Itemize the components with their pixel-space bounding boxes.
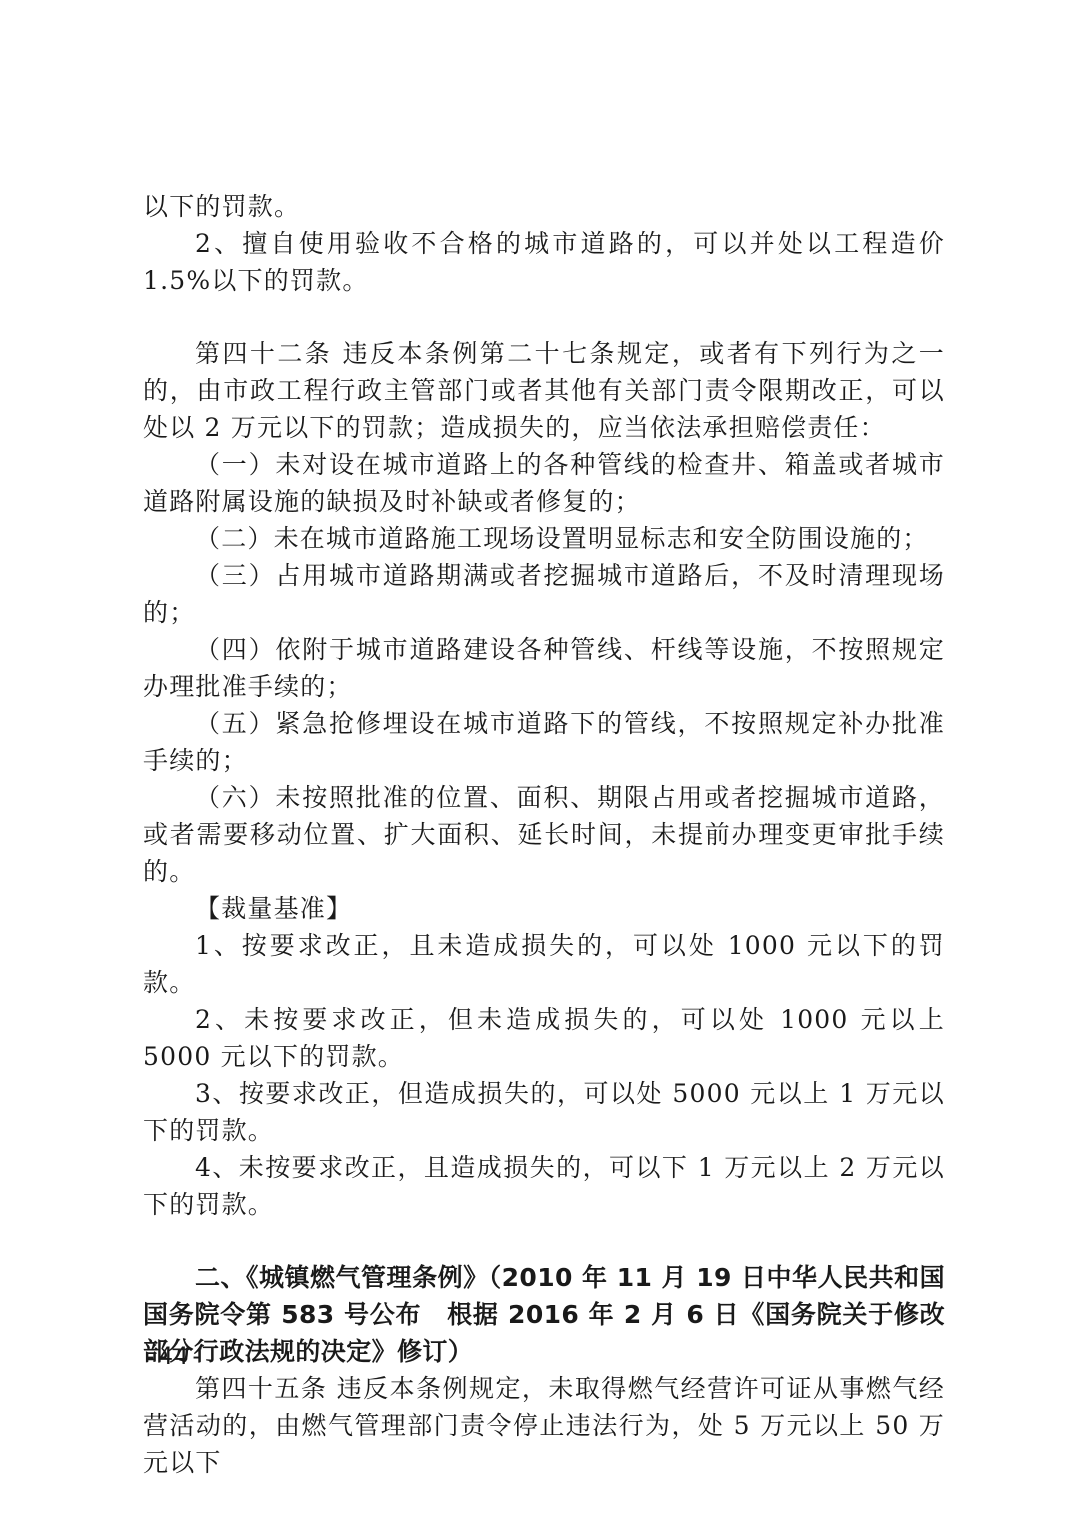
discretion-item-3: 3、按要求改正，但造成损失的，可以处 5000 元以上 1 万元以下的罚款。 (143, 1075, 945, 1149)
article-42-clause-4: （四）依附于城市道路建设各种管线、杆线等设施，不按照规定办理批准手续的； (143, 631, 945, 705)
page-number: -44- (143, 1342, 205, 1370)
paragraph-item-2: 2、擅自使用验收不合格的城市道路的，可以并处以工程造价 1.5%以下的罚款。 (143, 225, 945, 299)
discretion-standard-heading: 【裁量基准】 (143, 890, 945, 927)
discretion-item-1: 1、按要求改正，且未造成损失的，可以处 1000 元以下的罚款。 (143, 927, 945, 1001)
article-42-clause-6: （六）未按照批准的位置、面积、期限占用或者挖掘城市道路，或者需要移动位置、扩大面… (143, 779, 945, 890)
article-45: 第四十五条 违反本条例规定，未取得燃气经营许可证从事燃气经营活动的，由燃气管理部… (143, 1370, 945, 1481)
article-42-clause-2: （二）未在城市道路施工现场设置明显标志和安全防围设施的； (143, 520, 945, 557)
article-42-clause-3: （三）占用城市道路期满或者挖掘城市道路后，不及时清理现场的； (143, 557, 945, 631)
discretion-item-4: 4、未按要求改正，且造成损失的，可以下 1 万元以上 2 万元以下的罚款。 (143, 1149, 945, 1223)
section-heading-gas-regulation: 二、《城镇燃气管理条例》（2010 年 11 月 19 日中华人民共和国国务院令… (143, 1259, 945, 1370)
paragraph-continuation: 以下的罚款。 (143, 188, 945, 225)
discretion-item-2: 2、未按要求改正，但未造成损失的，可以处 1000 元以上 5000 元以下的罚… (143, 1001, 945, 1075)
document-page: 以下的罚款。 2、擅自使用验收不合格的城市道路的，可以并处以工程造价 1.5%以… (143, 188, 945, 1481)
article-42-clause-5: （五）紧急抢修埋设在城市道路下的管线，不按照规定补办批准手续的； (143, 705, 945, 779)
article-42-clause-1: （一）未对设在城市道路上的各种管线的检查井、箱盖或者城市道路附属设施的缺损及时补… (143, 446, 945, 520)
article-42: 第四十二条 违反本条例第二十七条规定，或者有下列行为之一的，由市政工程行政主管部… (143, 335, 945, 446)
